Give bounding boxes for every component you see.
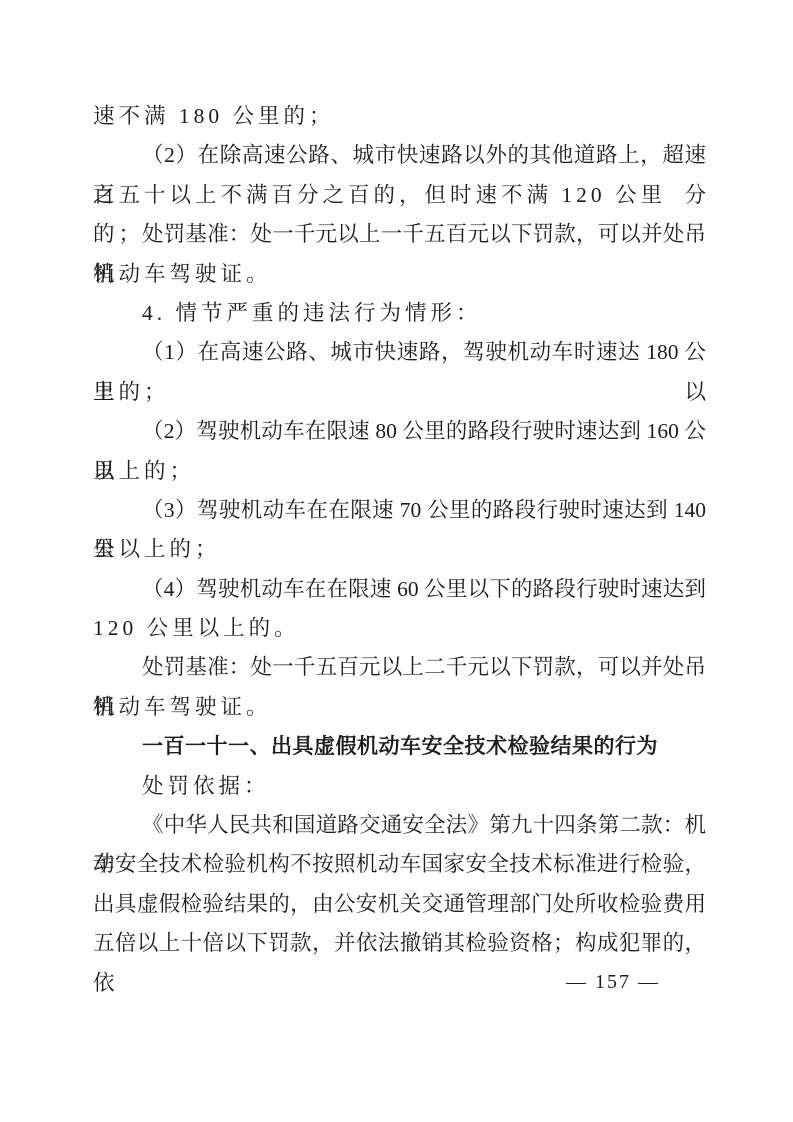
text-line: （3）驾驶机动车在在限速 70 公里的路段行驶时速达到 140 公 xyxy=(93,491,706,530)
text-line: 处罚依据： xyxy=(93,767,706,806)
text-line: 机动车驾驶证。 xyxy=(93,688,706,727)
text-line: 《中华人民共和国道路交通安全法》第九十四条第二款：机动 xyxy=(93,806,706,845)
text-line: （2）驾驶机动车在限速 80 公里的路段行驶时速达到 160 公里 xyxy=(93,412,706,451)
text-line: 机动车驾驶证。 xyxy=(93,255,706,294)
text-line: 120 公里以上的。 xyxy=(93,609,706,648)
text-line: 五倍以上十倍以下罚款，并依法撤销其检验资格；构成犯罪的，依 xyxy=(93,924,706,963)
section-heading: 一百一十一、出具虚假机动车安全技术检验结果的行为 xyxy=(93,727,706,766)
text-line: 里以上的； xyxy=(93,530,706,569)
text-line: （2）在除高速公路、城市快速路以外的其他道路上，超速百分 xyxy=(93,136,706,175)
document-page: 速不满 180 公里的； （2）在除高速公路、城市快速路以外的其他道路上，超速百… xyxy=(0,0,793,1122)
text-line: 出具虚假检验结果的，由公安机关交通管理部门处所收检验费用 xyxy=(93,885,706,924)
text-line: （1）在高速公路、城市快速路，驾驶机动车时速达 180 公里以 xyxy=(93,333,706,372)
text-block: 速不满 180 公里的； （2）在除高速公路、城市快速路以外的其他道路上，超速百… xyxy=(93,97,706,964)
text-line: 处罚基准：处一千五百元以上二千元以下罚款，可以并处吊销 xyxy=(93,648,706,687)
text-line: 以上的； xyxy=(93,452,706,491)
text-line: 之五十以上不满百分之百的，但时速不满 120 公里的； xyxy=(93,176,706,215)
text-line: 速不满 180 公里的； xyxy=(93,97,706,136)
page-number: — 157 — xyxy=(566,971,660,994)
text-line: 处罚基准：处一千元以上一千五百元以下罚款，可以并处吊销 xyxy=(93,215,706,254)
text-line: （4）驾驶机动车在在限速 60 公里以下的路段行驶时速达到 xyxy=(93,570,706,609)
text-line: 车安全技术检验机构不按照机动车国家安全技术标准进行检验， xyxy=(93,845,706,884)
text-line: 4. 情节严重的违法行为情形： xyxy=(93,294,706,333)
